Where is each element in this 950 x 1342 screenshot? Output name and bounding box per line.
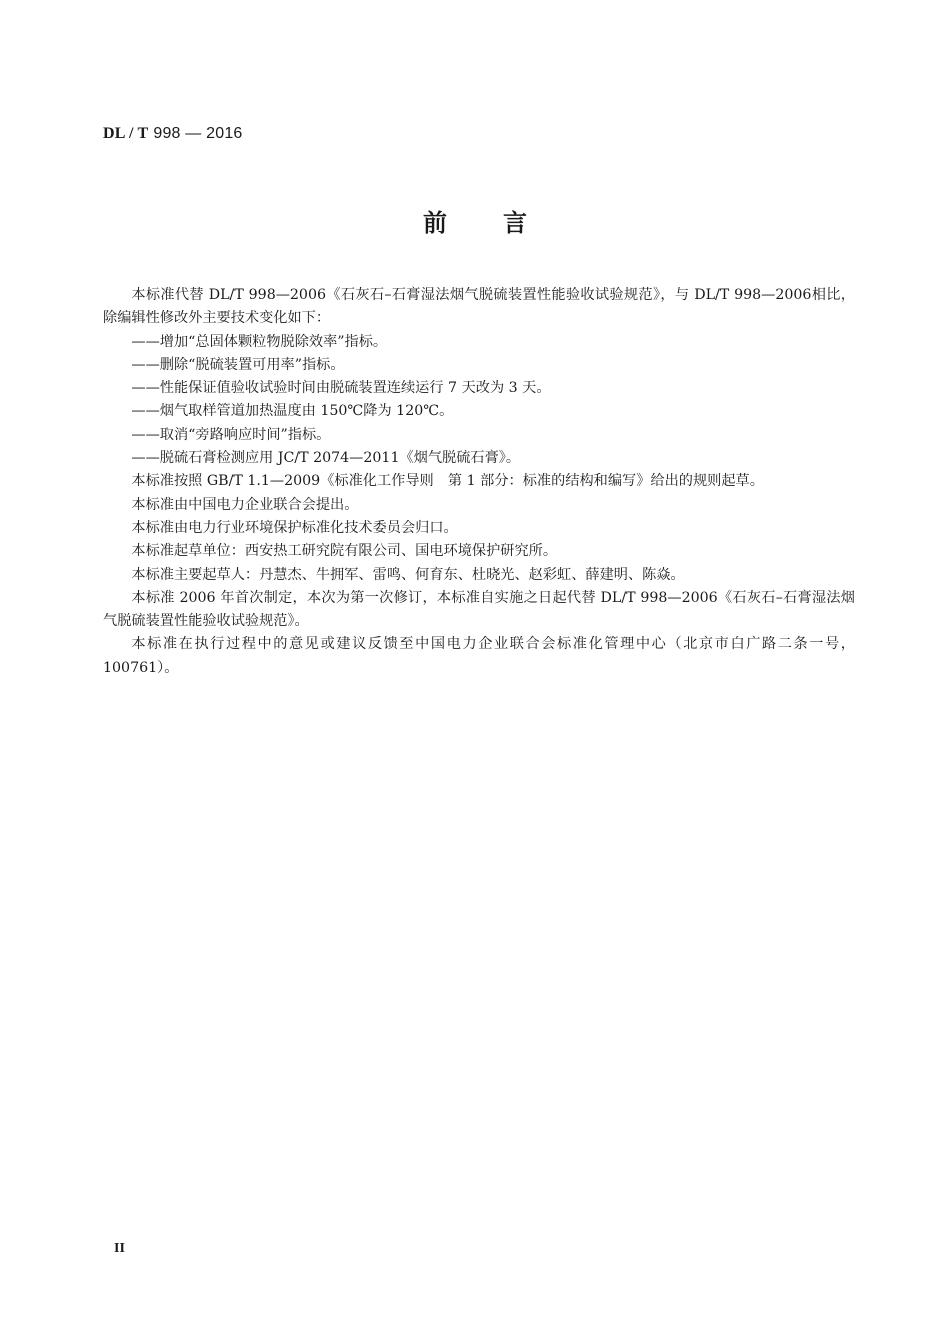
change-item: ——删除“脱硫装置可用率”指标。 xyxy=(103,354,855,377)
main-drafters-paragraph: 本标准主要起草人：丹慧杰、牛拥军、雷鸣、何育东、杜晓光、赵彩虹、薛建明、陈焱。 xyxy=(103,564,855,587)
drafting-rules-paragraph: 本标准按照 GB/T 1.1—2009《标准化工作导则 第 1 部分：标准的结构… xyxy=(103,470,855,493)
standard-number: 998 — 2016 xyxy=(153,125,242,142)
change-item: ——脱硫石膏检测应用 JC/T 2074—2011《烟气脱硫石膏》。 xyxy=(103,447,855,470)
standard-prefix: DL / T xyxy=(103,125,148,142)
drafting-units-paragraph: 本标准起草单位：西安热工研究院有限公司、国电环境保护研究所。 xyxy=(103,540,855,563)
page-title: 前言 xyxy=(0,203,950,238)
page-number: II xyxy=(114,1241,125,1257)
change-item: ——增加“总固体颗粒物脱除效率”指标。 xyxy=(103,331,855,354)
feedback-paragraph: 本标准在执行过程中的意见或建议反馈至中国电力企业联合会标准化管理中心（北京市白广… xyxy=(103,633,855,680)
revision-history-paragraph: 本标准 2006 年首次制定，本次为第一次修订，本标准自实施之日起代替 DL/T… xyxy=(103,587,855,634)
proposer-paragraph: 本标准由中国电力企业联合会提出。 xyxy=(103,494,855,517)
standard-code-header: DL / T 998 — 2016 xyxy=(103,124,243,143)
title-char-1: 前 xyxy=(423,203,447,238)
title-char-2: 言 xyxy=(503,203,527,238)
centralized-management-paragraph: 本标准由电力行业环境保护标准化技术委员会归口。 xyxy=(103,517,855,540)
change-item: ——性能保证值验收试验时间由脱硫装置连续运行 7 天改为 3 天。 xyxy=(103,377,855,400)
intro-line-1: 本标准代替 DL/T 998—2006《石灰石–石膏湿法烟气脱硫装置性能验收试验… xyxy=(131,287,811,303)
foreword-body: 本标准代替 DL/T 998—2006《石灰石–石膏湿法烟气脱硫装置性能验收试验… xyxy=(103,284,855,680)
change-item: ——烟气取样管道加热温度由 150℃降为 120℃。 xyxy=(103,400,855,423)
intro-paragraph: 本标准代替 DL/T 998—2006《石灰石–石膏湿法烟气脱硫装置性能验收试验… xyxy=(103,284,855,331)
change-item: ——取消“旁路响应时间”指标。 xyxy=(103,424,855,447)
